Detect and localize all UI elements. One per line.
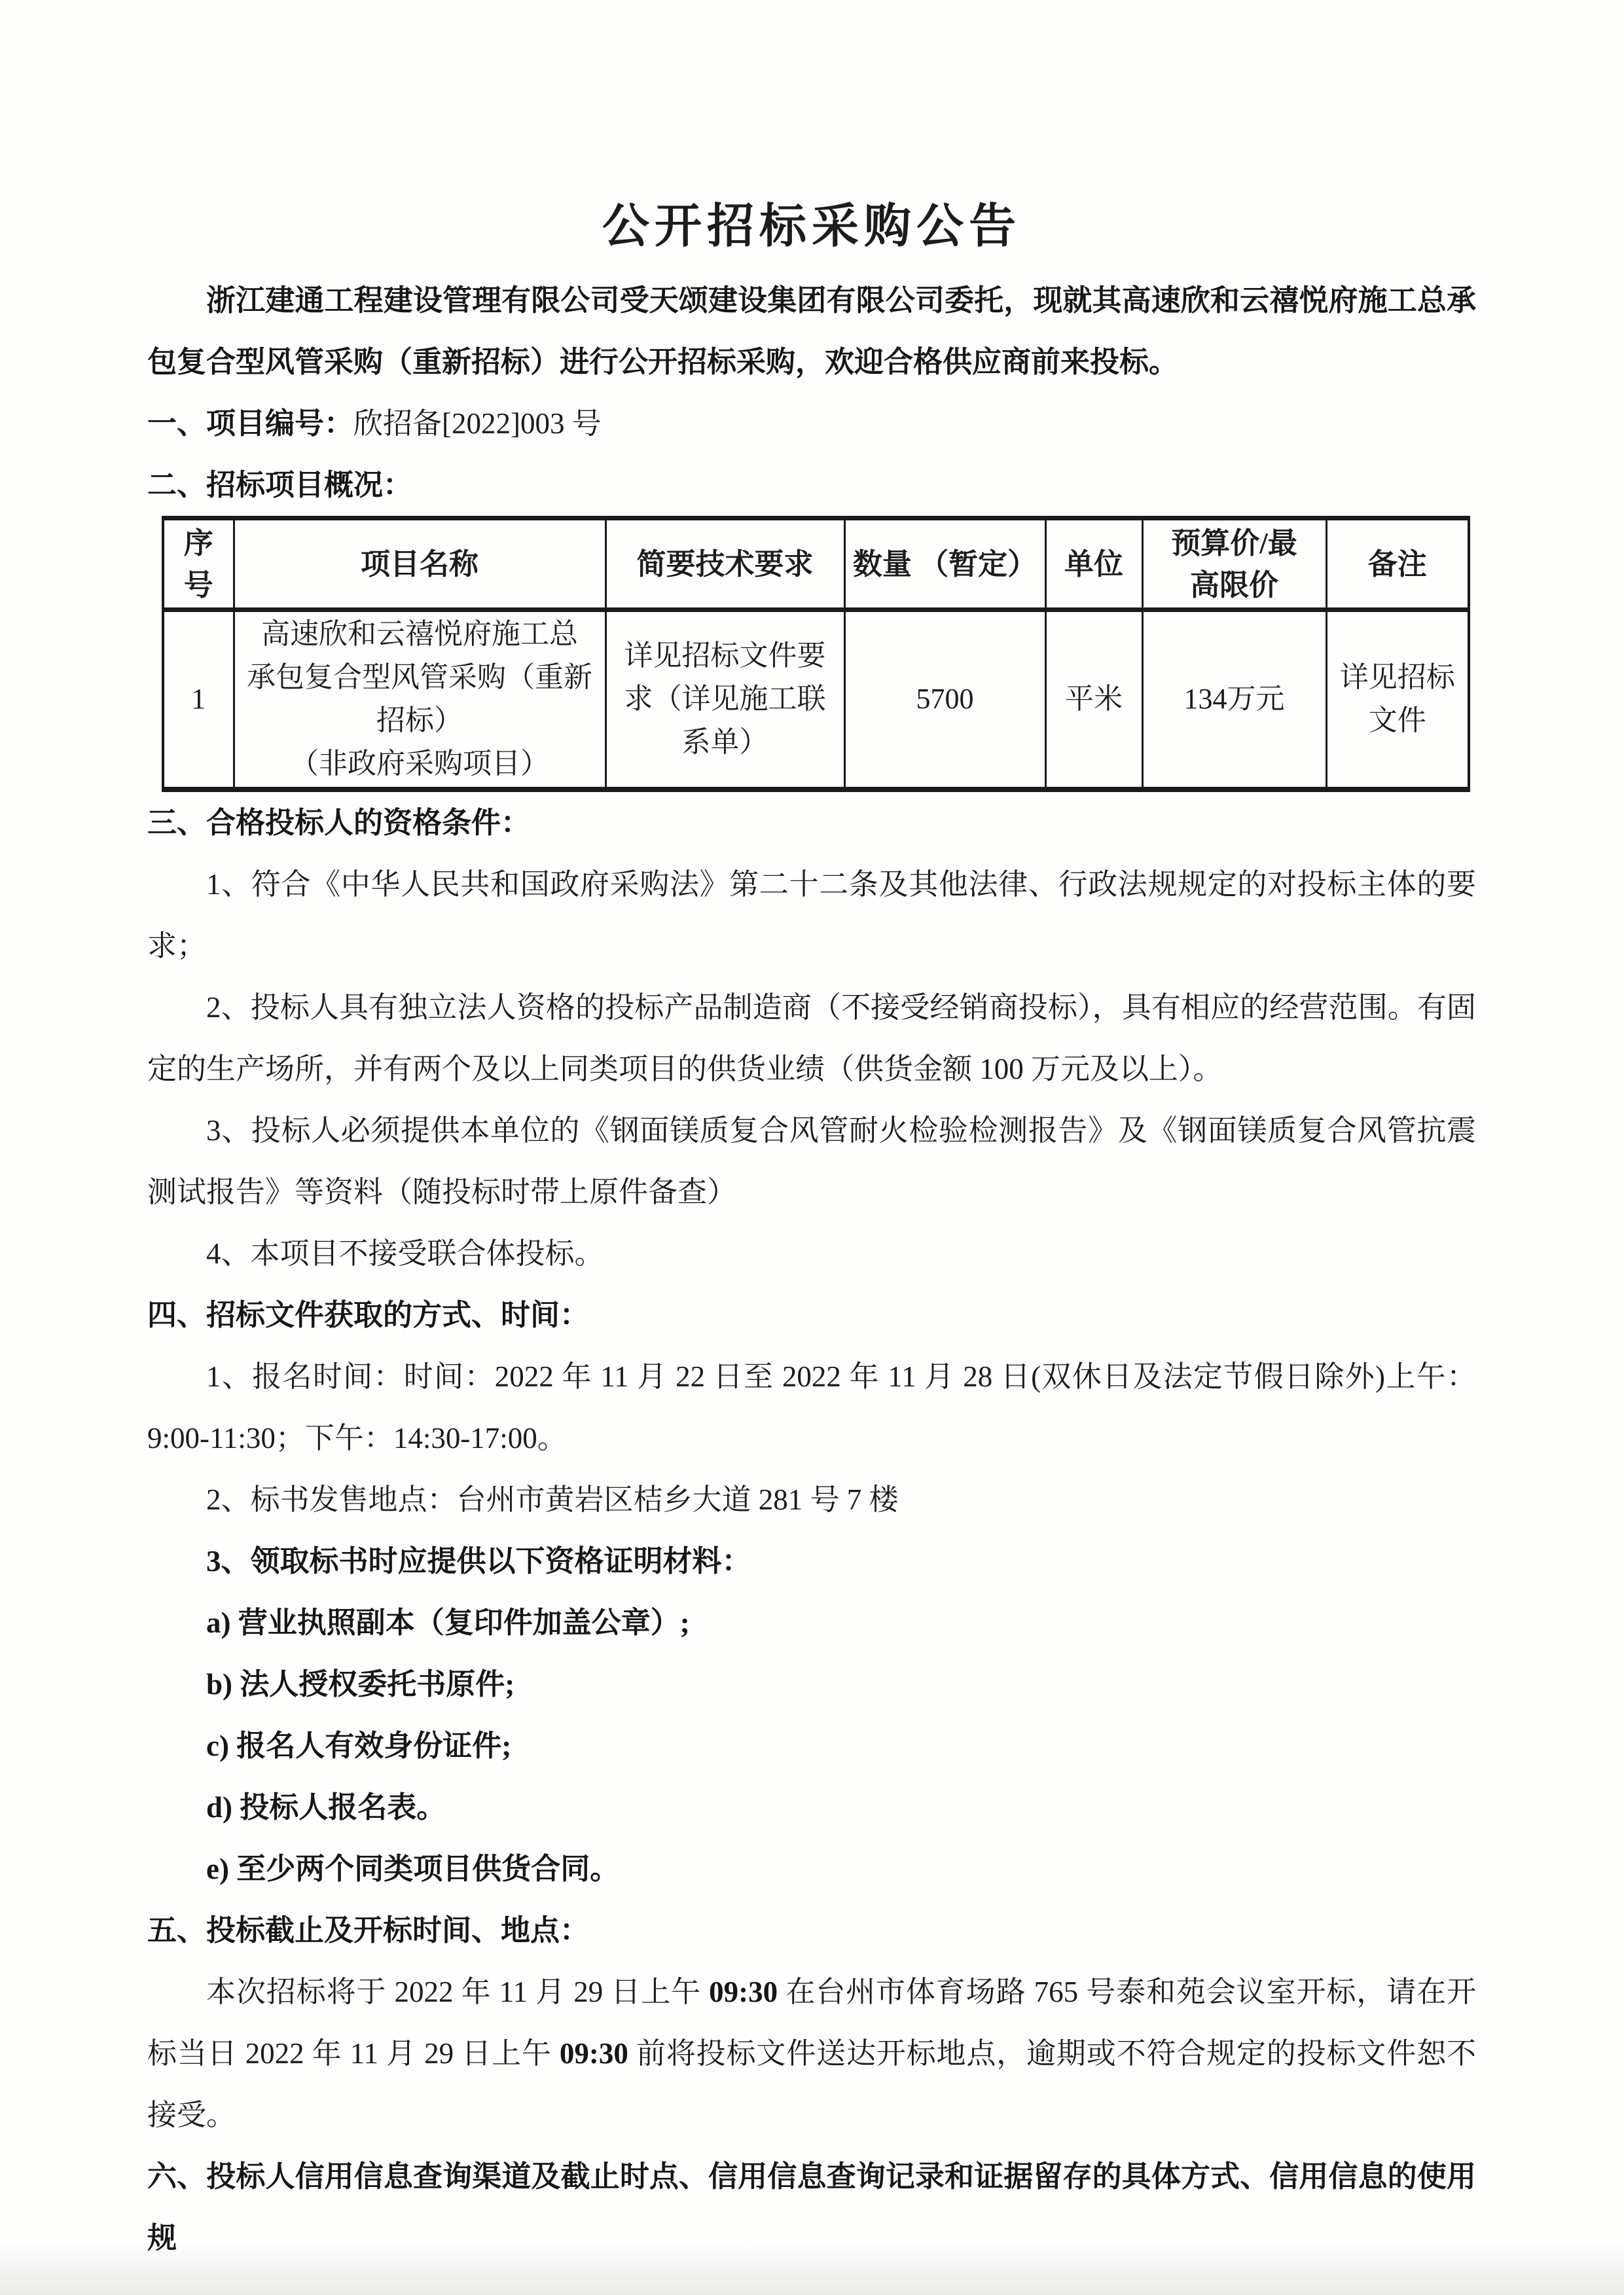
qualification-item-4: 4、本项目不接受联合体投标。: [147, 1223, 1476, 1284]
bid-opening-time-1: 09:30: [709, 1976, 778, 2008]
page-title: 公开招标采购公告: [147, 198, 1476, 255]
section-1-heading: 一、项目编号：: [147, 407, 353, 440]
section-6-heading: 六、投标人信用信息查询渠道及截止时点、信用信息查询记录和证据留存的具体方式、信用…: [147, 2146, 1476, 2269]
cell-remarks: 详见招标 文件: [1326, 610, 1469, 789]
cell-tech-requirements: 详见招标文件要 求（详见施工联 系单）: [605, 610, 844, 789]
required-materials-item: 3、领取标书时应提供以下资格证明材料：: [147, 1530, 1476, 1592]
material-item-b: b) 法人授权委托书原件;: [147, 1653, 1476, 1715]
table-data-row: 1 高速欣和云禧悦府施工总 承包复合型风管采购（重新 招标） （非政府采购项目）…: [163, 610, 1469, 789]
qualification-item-1: 1、符合《中华人民共和国政府采购法》第二十二条及其他法律、行政法规规定的对投标主…: [147, 854, 1476, 977]
section-4-heading: 四、招标文件获取的方式、时间：: [147, 1284, 1476, 1346]
project-number-value: 欣招备[2022]003 号: [353, 407, 602, 440]
overview-table: 序 号 项目名称 简要技术要求 数量 （暂定） 单位 预算价/最 高限价 备注 …: [162, 516, 1470, 792]
qualification-item-2: 2、投标人具有独立法人资格的投标产品制造商（不接受经销商投标），具有相应的经营范…: [147, 977, 1476, 1100]
col-header-project-name: 项目名称: [234, 518, 605, 610]
cell-seq-no: 1: [163, 610, 234, 789]
col-header-seq-no: 序 号: [163, 518, 234, 610]
material-item-a: a) 营业执照副本（复印件加盖公章）;: [147, 1592, 1476, 1653]
cell-budget-price: 134万元: [1142, 610, 1326, 789]
document-content: 公开招标采购公告 浙江建通工程建设管理有限公司受天颂建设集团有限公司委托，现就其…: [147, 198, 1476, 2269]
intro-paragraph: 浙江建通工程建设管理有限公司受天颂建设集团有限公司委托，现就其高速欣和云禧悦府施…: [147, 270, 1476, 393]
scanned-document-page: 公开招标采购公告 浙江建通工程建设管理有限公司受天颂建设集团有限公司委托，现就其…: [0, 0, 1624, 2295]
cell-quantity: 5700: [844, 610, 1045, 789]
intro-lead: 浙江建通工程建设管理有限公司受天颂建设集团有限公司委托，现就其: [206, 284, 1122, 317]
section-1-line: 一、项目编号：欣招备[2022]003 号: [147, 393, 1476, 454]
col-header-remarks: 备注: [1326, 518, 1469, 610]
cell-unit: 平米: [1045, 610, 1142, 789]
bid-opening-text-1: 本次招标将于 2022 年 11 月 29 日上午: [206, 1976, 709, 2008]
col-header-unit: 单位: [1045, 518, 1142, 610]
bid-opening-time-2: 09:30: [560, 2037, 628, 2070]
qualification-item-3: 3、投标人必须提供本单位的《钢面镁质复合风管耐火检验检测报告》及《钢面镁质复合风…: [147, 1100, 1476, 1223]
section-5-heading: 五、投标截止及开标时间、地点：: [147, 1900, 1476, 1961]
col-header-tech-requirements: 简要技术要求: [605, 518, 844, 610]
section-3-heading: 三、合格投标人的资格条件：: [147, 792, 1476, 854]
material-item-d: d) 投标人报名表。: [147, 1777, 1476, 1838]
col-header-quantity: 数量 （暂定）: [844, 518, 1045, 610]
col-header-budget-price: 预算价/最 高限价: [1142, 518, 1326, 610]
material-item-c: c) 报名人有效身份证件;: [147, 1715, 1476, 1777]
document-sale-location-item: 2、标书发售地点：台州市黄岩区桔乡大道 281 号 7 楼: [147, 1469, 1476, 1530]
material-item-e: e) 至少两个同类项目供货合同。: [147, 1838, 1476, 1900]
registration-time-item: 1、报名时间：时间：2022 年 11 月 22 日至 2022 年 11 月 …: [147, 1346, 1476, 1469]
cell-project-name: 高速欣和云禧悦府施工总 承包复合型风管采购（重新 招标） （非政府采购项目）: [234, 610, 605, 789]
intro-tail: 进行公开招标采购，欢迎合格供应商前来投标。: [560, 346, 1178, 378]
section-2-heading: 二、招标项目概况：: [147, 454, 1476, 516]
bid-opening-paragraph: 本次招标将于 2022 年 11 月 29 日上午 09:30 在台州市体育场路…: [147, 1961, 1476, 2146]
table-header-row: 序 号 项目名称 简要技术要求 数量 （暂定） 单位 预算价/最 高限价 备注: [163, 518, 1469, 610]
